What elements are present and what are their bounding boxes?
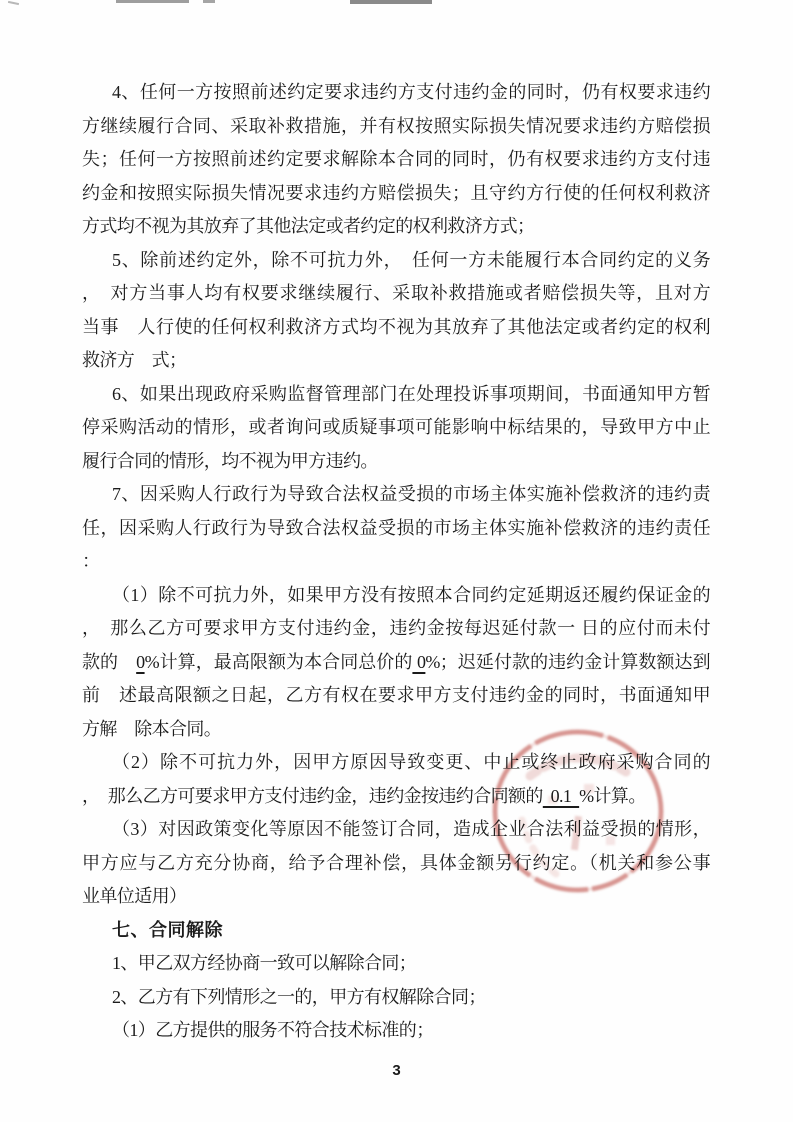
text-line: （1）乙方提供的服务不符合技术标准的； — [82, 1014, 710, 1048]
text-run: 1、甲乙双方经协商一致可以解除合同； — [112, 953, 416, 973]
text-line: ， 那么乙方可要求甲方支付违约金，违约金按违约合同额的 0.1 %计算。 — [82, 780, 710, 814]
text-run: （1）乙方提供的服务不符合技术标准的； — [112, 1020, 434, 1040]
text-run: ， 那么乙方可要求甲方支付违约金，违约金按每迟延付款一 日的应付而未付 — [82, 618, 710, 638]
text-line: 方式均不视为其放弃了其他法定或者约定的权利救济方式； — [82, 210, 710, 244]
document-body: 4、任何一方按照前述约定要求违约方支付违约金的同时，仍有权要求违约方继续履行合同… — [82, 76, 710, 1048]
scan-artifact — [203, 0, 215, 3]
text-line: 6、如果出现政府采购监督管理部门在处理投诉事项期间，书面通知甲方暂 — [82, 378, 710, 412]
text-run: 5、除前述约定外，除不可抗力外， 任何一方未能履行本合同约定的义务 — [112, 250, 710, 270]
text-run: 履行合同的情形，均不视为甲方违约。 — [82, 451, 378, 471]
text-line: 7、因采购人行政行为导致合法权益受损的市场主体实施补偿救济的违约责 — [82, 478, 710, 512]
scan-artifact — [116, 0, 189, 3]
text-run: （2）除不可抗力外，因甲方原因导致变更、中止或终止政府采购合同的 — [112, 752, 710, 772]
text-line: （2）除不可抗力外，因甲方原因导致变更、中止或终止政府采购合同的 — [82, 746, 710, 780]
page-number: 3 — [0, 1062, 793, 1079]
text-line: 约金和按照实际损失情况要求违约方赔偿损失；且守约方行使的任何权利救济 — [82, 177, 710, 211]
text-run: （3）对因政策变化等原因不能签订合同，造成企业合法利益受损的情形， — [112, 819, 710, 839]
text-run: 前 述最高限额之日起，乙方有权在要求甲方支付违约金的同时，书面通知甲 — [82, 685, 710, 705]
text-run: %；迟延付款的违约金计算数额达到 — [425, 652, 710, 672]
text-line: 失；任何一方按照前述约定要求解除本合同的同时，仍有权要求违约方支付违 — [82, 143, 710, 177]
scan-artifact — [8, 1, 19, 5]
text-line: （3）对因政策变化等原因不能签订合同，造成企业合法利益受损的情形， — [82, 813, 710, 847]
text-run: 业单位适用） — [82, 886, 186, 906]
text-run: 当事 人行使的任何权利救济方式均不视为其放弃了其他法定或者约定的权利 — [82, 317, 710, 337]
text-run: 甲方应与乙方充分协商，给予合理补偿，具体金额另行约定。（机关和参公事 — [82, 853, 710, 873]
text-run: 2、乙方有下列情形之一的，甲方有权解除合同； — [112, 987, 486, 1007]
text-line: 2、乙方有下列情形之一的，甲方有权解除合同； — [82, 981, 710, 1015]
filled-blank-value: 0 — [136, 652, 144, 672]
text-line: 业单位适用） — [82, 880, 710, 914]
section-heading: 七、合同解除 — [82, 914, 710, 948]
contract-page: 4、任何一方按照前述约定要求违约方支付违约金的同时，仍有权要求违约方继续履行合同… — [0, 0, 793, 1122]
text-run: 约金和按照实际损失情况要求违约方赔偿损失；且守约方行使的任何权利救济 — [82, 183, 710, 203]
text-run: 救济方 式； — [82, 350, 186, 370]
text-run: 款的 — [82, 652, 136, 672]
text-line: 任，因采购人行政行为导致合法权益受损的市场主体实施补偿救济的违约责任 — [82, 512, 710, 546]
text-line: 5、除前述约定外，除不可抗力外， 任何一方未能履行本合同约定的义务 — [82, 244, 710, 278]
text-line: 款的 0%计算，最高限额为本合同总价的 0%；迟延付款的违约金计算数额达到 — [82, 646, 710, 680]
text-run: %计算。 — [579, 786, 646, 806]
text-run: 失；任何一方按照前述约定要求解除本合同的同时，仍有权要求违约方支付违 — [82, 149, 710, 169]
text-line: 4、任何一方按照前述约定要求违约方支付违约金的同时，仍有权要求违约 — [82, 76, 710, 110]
text-run: 七、合同解除 — [112, 920, 223, 940]
text-line: 甲方应与乙方充分协商，给予合理补偿，具体金额另行约定。（机关和参公事 — [82, 847, 710, 881]
text-run: 6、如果出现政府采购监督管理部门在处理投诉事项期间，书面通知甲方暂 — [112, 384, 710, 404]
text-run: （1）除不可抗力外，如果甲方没有按照本合同约定延期返还履约保证金的 — [112, 585, 710, 605]
text-run: 方式均不视为其放弃了其他法定或者约定的权利救济方式； — [82, 216, 534, 236]
text-line: 1、甲乙双方经协商一致可以解除合同； — [82, 947, 710, 981]
text-line: ， 对方当事人均有权要求继续履行、采取补救措施或者赔偿损失等，且对方 — [82, 277, 710, 311]
text-run: ， 对方当事人均有权要求继续履行、采取补救措施或者赔偿损失等，且对方 — [82, 283, 710, 303]
filled-blank-value: 0.1 — [543, 786, 579, 806]
filled-blank-value: 0 — [412, 652, 425, 672]
text-run: 停采购活动的情形，或者询问或质疑事项可能影响中标结果的，导致甲方中止 — [82, 417, 710, 437]
text-run: 任，因采购人行政行为导致合法权益受损的市场主体实施补偿救济的违约责任 — [82, 518, 710, 538]
text-run: %计算，最高限额为本合同总价的 — [145, 652, 413, 672]
text-line: 方解 除本合同。 — [82, 713, 710, 747]
text-run: ， 那么乙方可要求甲方支付违约金，违约金按违约合同额的 — [82, 786, 543, 806]
text-line: ， 那么乙方可要求甲方支付违约金，违约金按每迟延付款一 日的应付而未付 — [82, 612, 710, 646]
text-run: 方继续履行合同、采取补救措施，并有权按照实际损失情况要求违约方赔偿损 — [82, 116, 710, 136]
text-line: 救济方 式； — [82, 344, 710, 378]
text-line: ： — [82, 545, 710, 579]
text-run: 7、因采购人行政行为导致合法权益受损的市场主体实施补偿救济的违约责 — [112, 484, 710, 504]
text-line: 履行合同的情形，均不视为甲方违约。 — [82, 445, 710, 479]
text-line: 停采购活动的情形，或者询问或质疑事项可能影响中标结果的，导致甲方中止 — [82, 411, 710, 445]
text-run: ： — [82, 551, 99, 571]
text-line: 方继续履行合同、采取补救措施，并有权按照实际损失情况要求违约方赔偿损 — [82, 110, 710, 144]
text-line: 当事 人行使的任何权利救济方式均不视为其放弃了其他法定或者约定的权利 — [82, 311, 710, 345]
text-run: 4、任何一方按照前述约定要求违约方支付违约金的同时，仍有权要求违约 — [112, 82, 710, 102]
text-line: （1）除不可抗力外，如果甲方没有按照本合同约定延期返还履约保证金的 — [82, 579, 710, 613]
text-run: 方解 除本合同。 — [82, 719, 221, 739]
scan-artifact — [350, 0, 432, 4]
text-line: 前 述最高限额之日起，乙方有权在要求甲方支付违约金的同时，书面通知甲 — [82, 679, 710, 713]
